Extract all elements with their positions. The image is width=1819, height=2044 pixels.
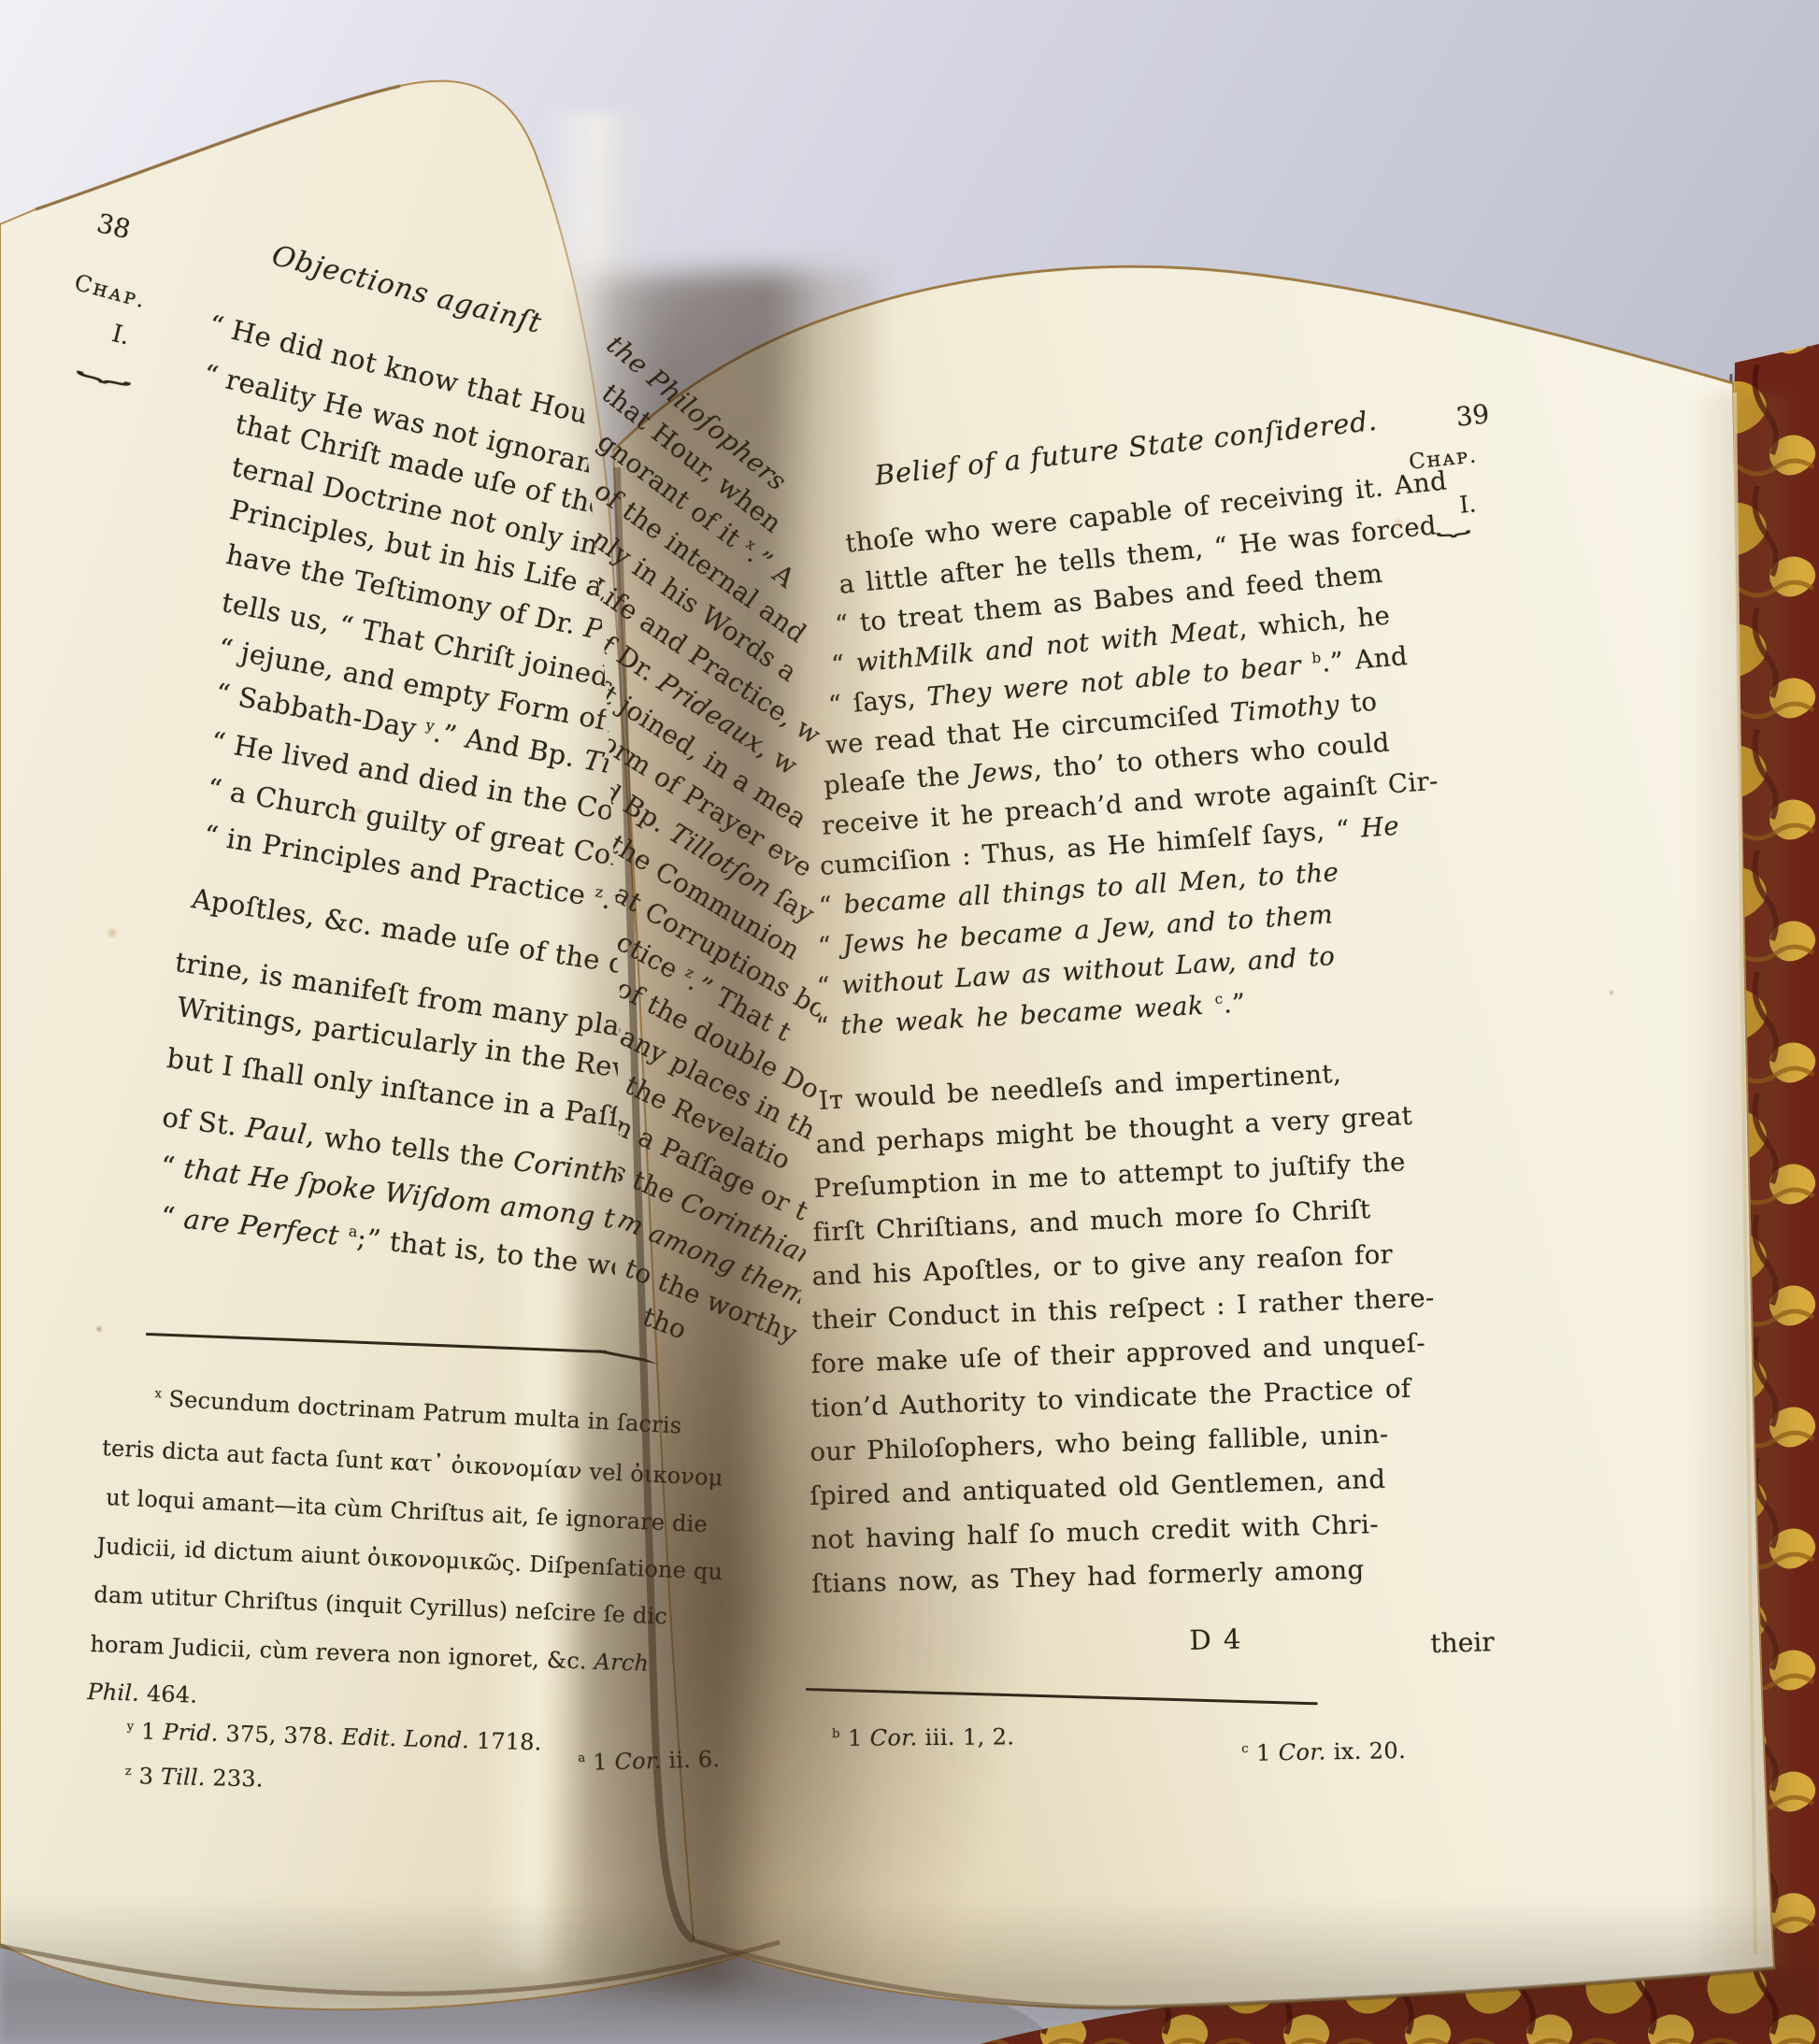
text-line: not having half ſo much credit with Chri… [810,1509,1379,1555]
book-photo: 38 Objections againſt Cʜᴀᴘ. I. ⏟ “ He di… [0,0,1819,2044]
text-line: ſpired and antiquated old Gentlemen, and [809,1465,1386,1511]
text-line: fore make uſe of their approved and unqu… [810,1328,1425,1379]
page-number: 39 [1454,398,1491,433]
text-line: our Philoſophers, who being fallible, un… [809,1420,1389,1467]
text-line: c 1 Cor. ix. 20. [1241,1737,1406,1766]
running-header: Belief of a future State conſidered. [873,405,1379,492]
text-line: ſtians now, as They had formerly among [811,1555,1365,1599]
right-page-text: Belief of a future State conſidered. 39 … [0,0,1819,2044]
text-line: tion’d Authority to vindicate the Practi… [810,1374,1411,1423]
text-line: b 1 Cor. iii. 1, 2. [832,1723,1014,1751]
brace-ornament: ⏟ [1434,507,1471,539]
text-line: their Conduct in this reſpect : I rather… [811,1283,1435,1336]
text-line: and his Apoſtles, or to give any reaſon … [811,1239,1394,1292]
text-line: firſt Chriſtians, and much more ſo Chriſ… [812,1194,1371,1248]
catchword: their [1430,1626,1495,1659]
signature-mark: D 4 [1189,1623,1243,1656]
footnote-rule [806,1688,1318,1705]
